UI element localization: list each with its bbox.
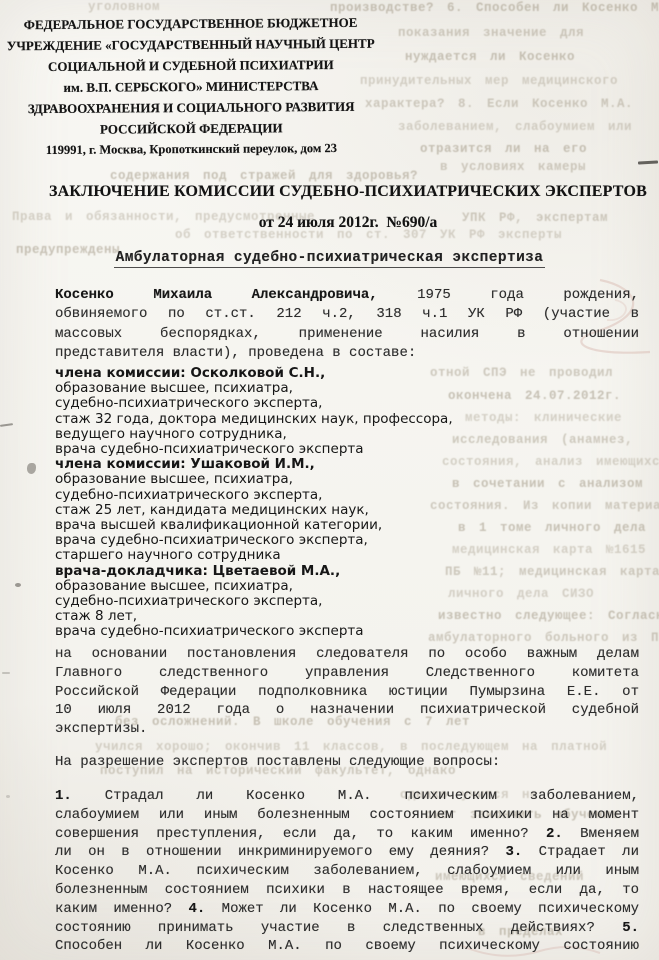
text-line: Способен ли Косенко М.А. по своему психи…: [55, 937, 639, 956]
basis-paragraph: на основании постановления следователя п…: [55, 645, 639, 739]
text-line: Главного следственного управления Следст…: [55, 664, 639, 683]
subtitle-row: Амбулаторная судебно-психиатрическая экс…: [0, 248, 659, 268]
text-line: 10 июля 2012 года о назначении психиатри…: [55, 701, 639, 720]
ink-speck: [2, 672, 10, 674]
text-line: судебно-психиатрического эксперта,: [55, 488, 575, 503]
questions-paragraph: 1. Страдал ли Косенко М.А. психическим з…: [55, 787, 639, 956]
text-line: члена комиссии: Осколковой С.Н.,: [55, 366, 575, 381]
ink-speck: [6, 795, 10, 798]
document-subtitle: Амбулаторная судебно-психиатрическая экс…: [114, 250, 546, 268]
text-line: врача-докладчика: Цветаевой М.А.,: [55, 564, 575, 579]
text-line: судебно-психиатрического эксперта,: [55, 396, 575, 411]
org-address: 119991, г. Москва, Кропоткинский переуло…: [0, 138, 382, 161]
text-line: стаж 8 лет,: [55, 609, 575, 624]
ink-speck: [0, 423, 13, 427]
document-title: ЗАКЛЮЧЕНИЕ КОМИССИИ СУДЕБНО-ПСИХИАТРИЧЕС…: [38, 183, 658, 201]
text-line: обвиняемого по ст.ст. 212 ч.2, 318 ч.1 У…: [55, 305, 639, 324]
text-line: ведущего научного сотрудника,: [55, 427, 575, 442]
questions-intro: На разрешение экспертов поставлены следу…: [55, 753, 639, 772]
text-line: стаж 25 лет, кандидата медицинских наук,: [55, 503, 575, 518]
ink-speck: [27, 463, 36, 474]
text-line: Косенко Михаила Александровича, 1975 год…: [55, 286, 639, 305]
text-line: врача высшей квалификационной категории,: [55, 518, 575, 533]
text-line: СОЦИАЛЬНОЙ И СУДЕБНОЙ ПСИХИАТРИИ: [0, 54, 382, 78]
text-line: представителя власти), проведена в соста…: [55, 344, 639, 363]
text-line: совершения преступления, если да, то как…: [55, 825, 639, 844]
text-line: врача судебно-психиатрического эксперта: [55, 442, 575, 457]
text-line: образование высшее, психиатра,: [55, 381, 575, 396]
text-line: ли он в отношении инкриминируемого ему д…: [55, 843, 639, 862]
text-line: врача судебно-психиатрического эксперта,: [55, 533, 575, 548]
org-name-lines: ФЕДЕРАЛЬНОЕ ГОСУДАРСТВЕННОЕ БЮДЖЕТНОЕУЧР…: [0, 12, 382, 141]
text-line: врача судебно-психиатрического эксперта: [55, 624, 575, 639]
text-line: образование высшее, психиатра,: [55, 579, 575, 594]
text-line: Косенко М.А. психическим заболеванием, с…: [55, 862, 639, 881]
text-line: каким именно? 4. Может ли Косенко М.А. п…: [55, 900, 639, 919]
text-line: Российской Федерации подполковника юстиц…: [55, 683, 639, 702]
text-line: УЧРЕЖДЕНИЕ «ГОСУДАРСТВЕННЫЙ НАУЧНЫЙ ЦЕНТ…: [0, 33, 382, 57]
margin-dash: [638, 160, 658, 164]
title-block: ЗАКЛЮЧЕНИЕ КОМИССИИ СУДЕБНО-ПСИХИАТРИЧЕС…: [38, 183, 658, 232]
document-date-number: от 24 июля 2012г. №690/а: [38, 214, 658, 232]
text-line: на основании постановления следователя п…: [55, 645, 639, 664]
org-header: ФЕДЕРАЛЬНОЕ ГОСУДАРСТВЕННОЕ БЮДЖЕТНОЕУЧР…: [0, 12, 383, 161]
text-line: болезненным состоянием психики в настоящ…: [55, 881, 639, 900]
text-line: ЗДРАВООХРАНЕНИЯ И СОЦИАЛЬНОГО РАЗВИТИЯ: [0, 96, 382, 120]
commission-list: члена комиссии: Осколковой С.Н.,образова…: [55, 366, 575, 640]
text-line: старшего научного сотрудника: [55, 548, 575, 563]
text-line: слабоумием или иным болезненным состояни…: [55, 806, 639, 825]
text-line: 1. Страдал ли Косенко М.А. психическим з…: [55, 787, 639, 806]
scanned-document-page: уголовномпроизводстве? 6. Способен ли Ко…: [0, 0, 659, 960]
text-line: массовых беспорядках, применение насилия…: [55, 325, 639, 344]
text-line: судебно-психиатрического эксперта,: [55, 594, 575, 609]
text-line: члена комиссии: Ушаковой И.М.,: [55, 457, 575, 472]
text-line: образование высшее, психиатра,: [55, 472, 575, 487]
text-line: РОССИЙСКОЙ ФЕДЕРАЦИИ: [0, 117, 382, 141]
text-line: стаж 32 года, доктора медицинских наук, …: [55, 412, 575, 427]
ink-speck: [15, 583, 21, 587]
intro-paragraph: Косенко Михаила Александровича, 1975 год…: [55, 286, 639, 363]
text-line: экспертизы.: [55, 720, 639, 739]
text-line: ФЕДЕРАЛЬНОЕ ГОСУДАРСТВЕННОЕ БЮДЖЕТНОЕ: [0, 12, 382, 36]
text-line: состоянию принимать участие в следственн…: [55, 919, 639, 938]
text-line: им. В.П. СЕРБСКОГО» МИНИСТЕРСТВА: [0, 75, 382, 99]
